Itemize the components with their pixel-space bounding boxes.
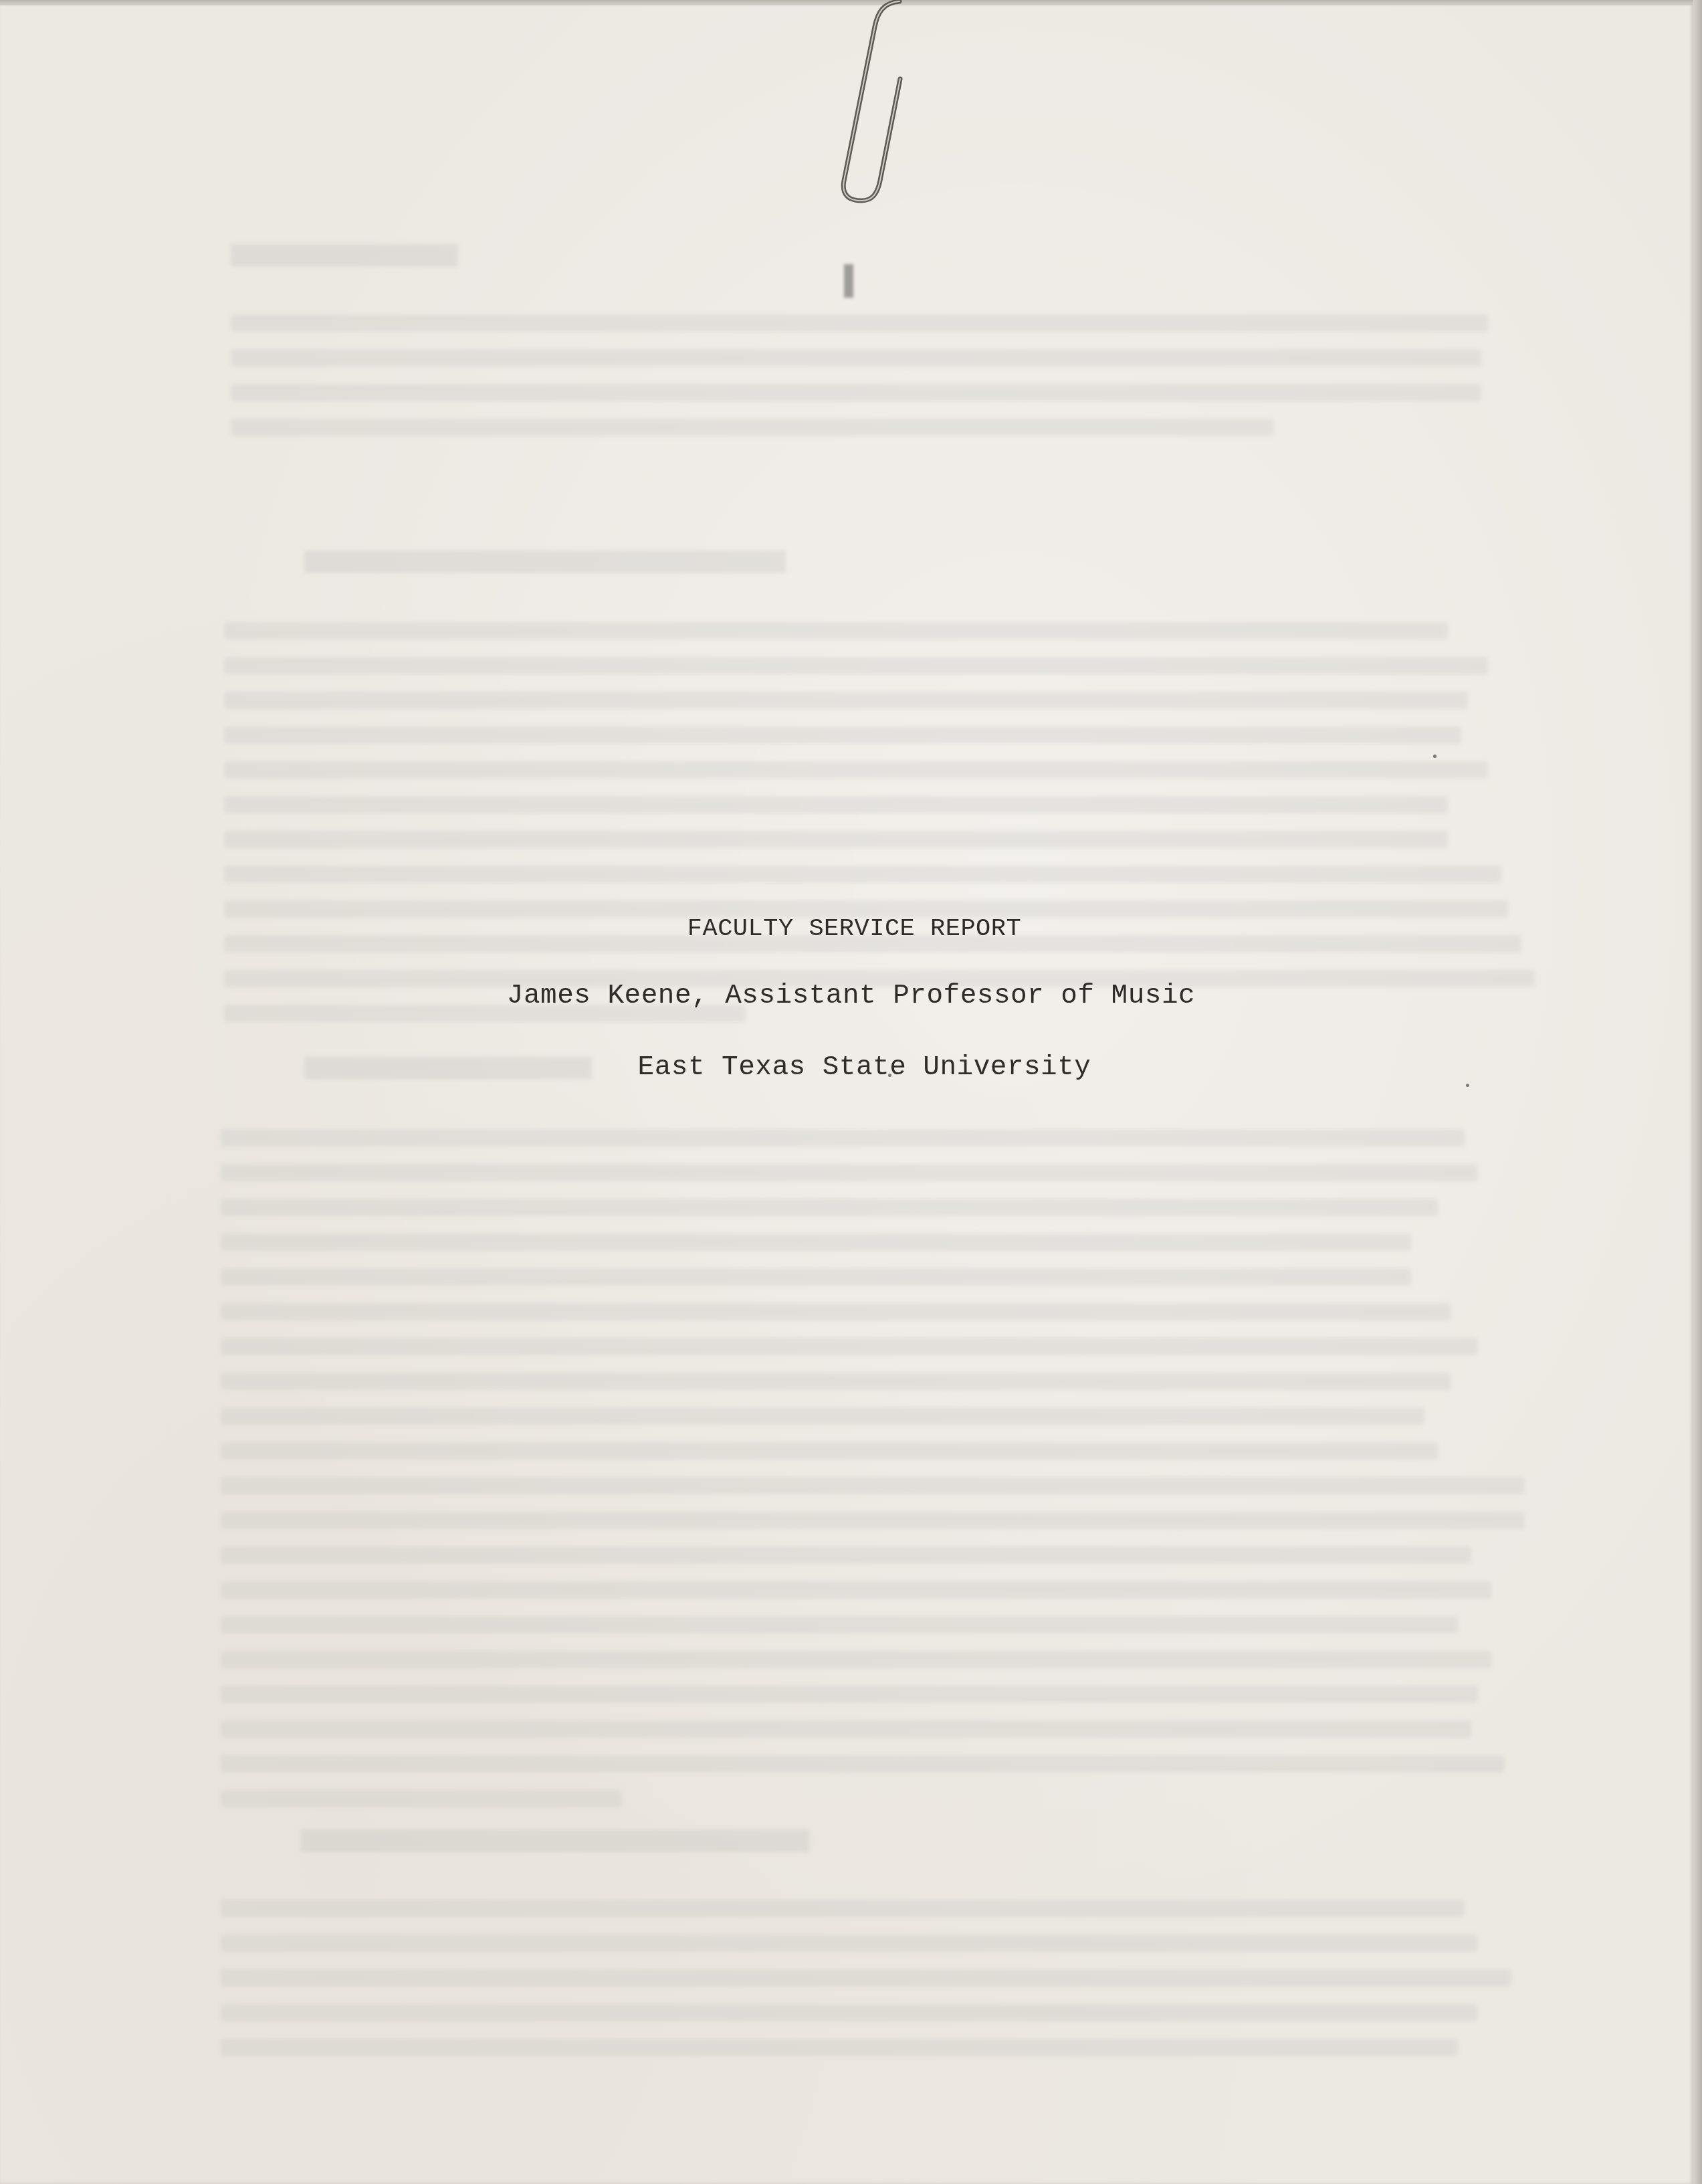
speck bbox=[888, 1074, 891, 1077]
paper-page bbox=[0, 4, 1693, 2184]
speck bbox=[1466, 1084, 1469, 1087]
ink-smudge bbox=[844, 264, 853, 298]
paperclip-icon bbox=[829, 0, 916, 207]
institution-name: East Texas State University bbox=[0, 1052, 1702, 1083]
report-title: FACULTY SERVICE REPORT bbox=[0, 915, 1702, 943]
right-edge-shadow bbox=[1693, 0, 1702, 2184]
speck bbox=[1433, 755, 1437, 758]
author-line: James Keene, Assistant Professor of Musi… bbox=[0, 981, 1702, 1011]
